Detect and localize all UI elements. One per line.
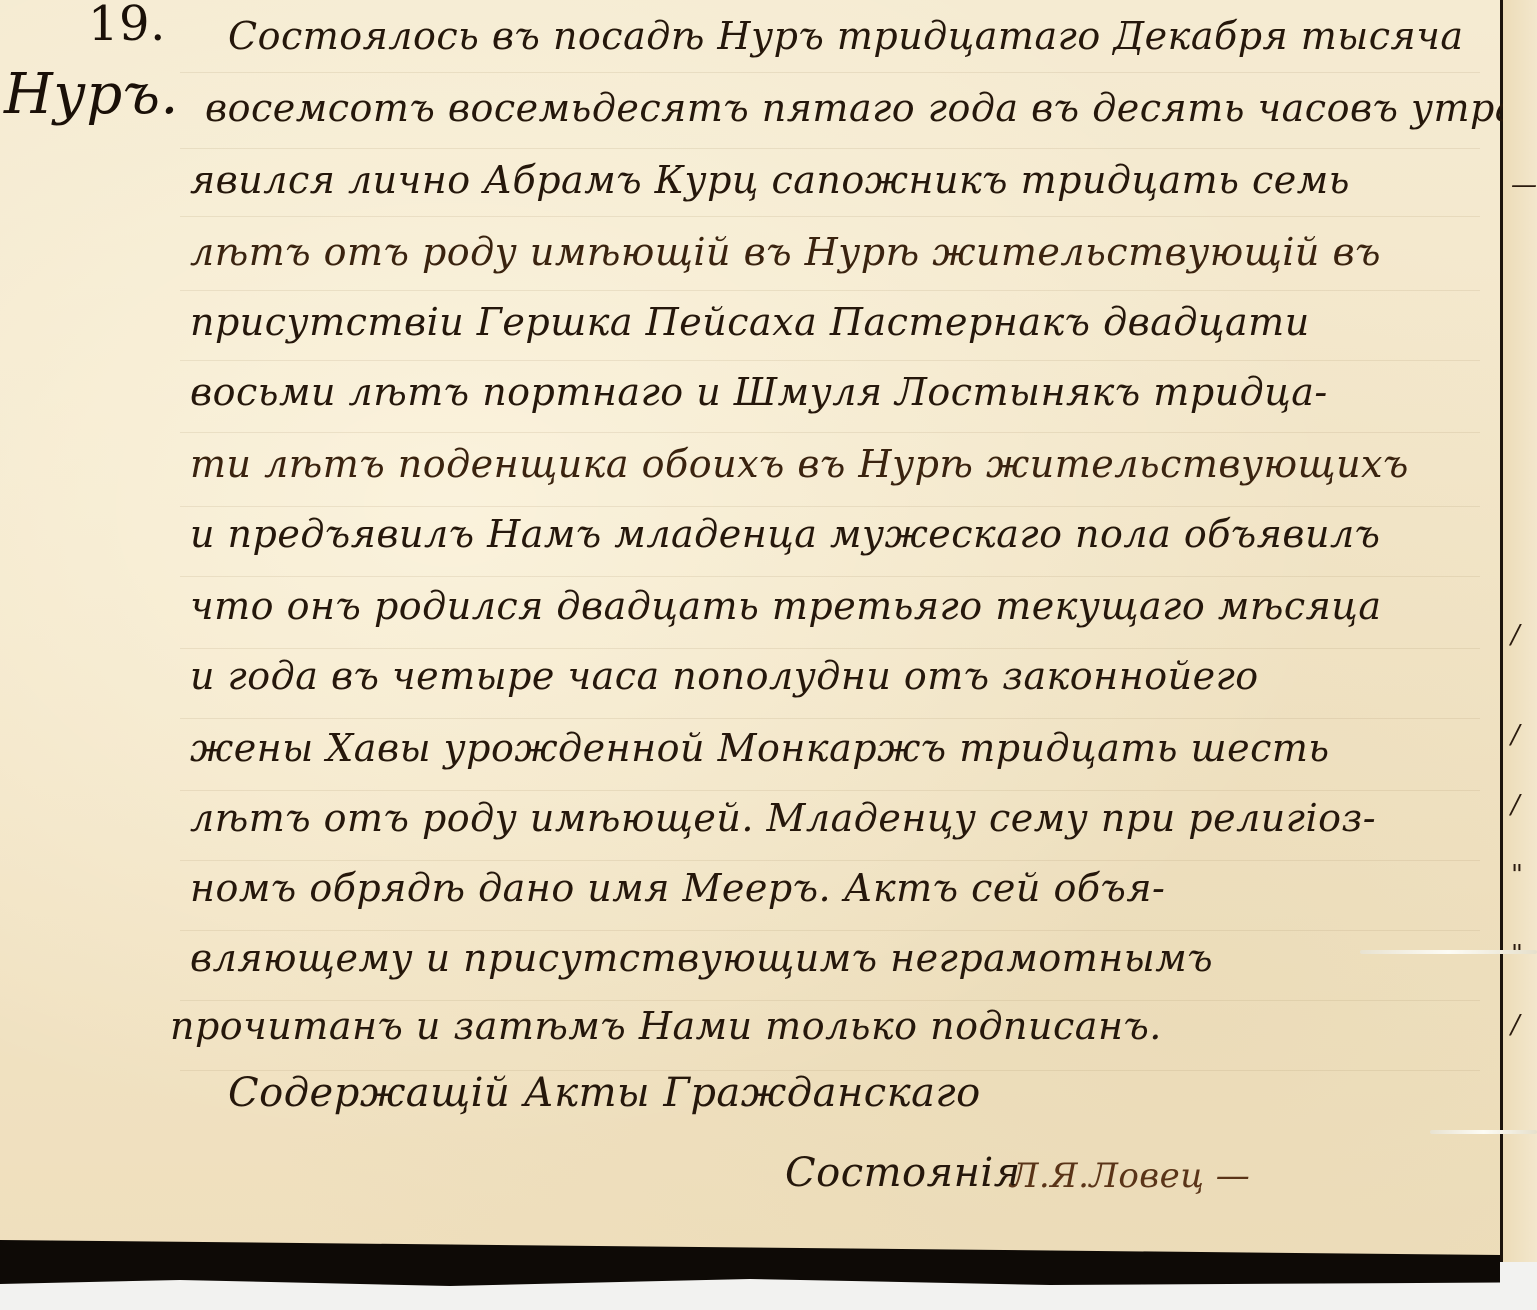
record-line-1: Состоялось въ посадѣ Нуръ тридцатаго Дек… bbox=[228, 14, 1464, 58]
ruled-line bbox=[180, 648, 1480, 649]
adjacent-mark: — bbox=[1511, 170, 1537, 200]
ruled-line bbox=[180, 72, 1480, 73]
entry-number: 19. bbox=[88, 0, 166, 52]
binding-thread-upper bbox=[1360, 950, 1537, 954]
ruled-line bbox=[180, 790, 1480, 791]
registrar-title-cont: Состоянія bbox=[785, 1150, 1021, 1196]
record-line-3: явился лично Абрамъ Курц сапожникъ тридц… bbox=[190, 158, 1350, 202]
adjacent-mark: / bbox=[1511, 790, 1520, 820]
ruled-line bbox=[180, 216, 1480, 217]
record-line-10: и года въ четыре часа пополудни отъ зако… bbox=[190, 654, 1259, 698]
record-line-5: присутствіи Гершка Пейсаха Пастернакъ дв… bbox=[190, 300, 1310, 344]
record-line-15: прочитанъ и затѣмъ Нами только подписанъ… bbox=[170, 1004, 1162, 1048]
document-scan: 19. Нуръ. Состоялось въ посадѣ Нуръ трид… bbox=[0, 0, 1537, 1310]
margin-place-name: Нуръ. bbox=[4, 62, 179, 127]
record-line-13: номъ обрядѣ дано имя Мееръ. Актъ сей объ… bbox=[190, 866, 1165, 910]
adjacent-page-edge: — / / / " " / bbox=[1503, 0, 1537, 1262]
record-line-8: и предъявилъ Намъ младенца мужескаго пол… bbox=[190, 512, 1381, 556]
registrar-signature: Л.Я.Ловец — bbox=[1010, 1156, 1250, 1196]
ledger-page: 19. Нуръ. Состоялось въ посадѣ Нуръ трид… bbox=[0, 0, 1503, 1262]
record-line-6: восьми лѣтъ портнаго и Шмуля Лостынякъ т… bbox=[190, 370, 1328, 414]
record-line-12: лѣтъ отъ роду имѣющей. Младенцу сему при… bbox=[190, 796, 1376, 840]
adjacent-mark: / bbox=[1511, 620, 1520, 650]
adjacent-mark: / bbox=[1511, 720, 1520, 750]
record-line-14: вляющему и присутствующимъ неграмотнымъ bbox=[190, 936, 1213, 980]
ruled-line bbox=[180, 148, 1480, 149]
ruled-line bbox=[180, 860, 1480, 861]
ruled-line bbox=[180, 1000, 1480, 1001]
record-line-9: что онъ родился двадцать третьяго текуща… bbox=[190, 584, 1381, 628]
ruled-line bbox=[180, 432, 1480, 433]
ruled-line bbox=[180, 290, 1480, 291]
record-line-4: лѣтъ отъ роду имѣющій въ Нурѣ жительству… bbox=[190, 230, 1381, 274]
ruled-line bbox=[180, 576, 1480, 577]
ruled-line bbox=[180, 360, 1480, 361]
registrar-title: Содержащій Акты Гражданскаго bbox=[228, 1070, 981, 1116]
ruled-line bbox=[180, 930, 1480, 931]
binding-thread-lower bbox=[1430, 1130, 1537, 1134]
record-line-11: жены Хавы урожденной Монкаржъ тридцать ш… bbox=[190, 726, 1330, 770]
adjacent-mark: " bbox=[1511, 860, 1523, 890]
record-line-2: восемсотъ восемьдесятъ пятаго года въ де… bbox=[205, 86, 1518, 130]
ruled-line bbox=[180, 506, 1480, 507]
adjacent-mark: " bbox=[1511, 940, 1523, 970]
record-line-7: ти лѣтъ поденщика обоихъ въ Нурѣ жительс… bbox=[190, 442, 1409, 486]
adjacent-mark: / bbox=[1511, 1010, 1520, 1040]
ruled-line bbox=[180, 718, 1480, 719]
